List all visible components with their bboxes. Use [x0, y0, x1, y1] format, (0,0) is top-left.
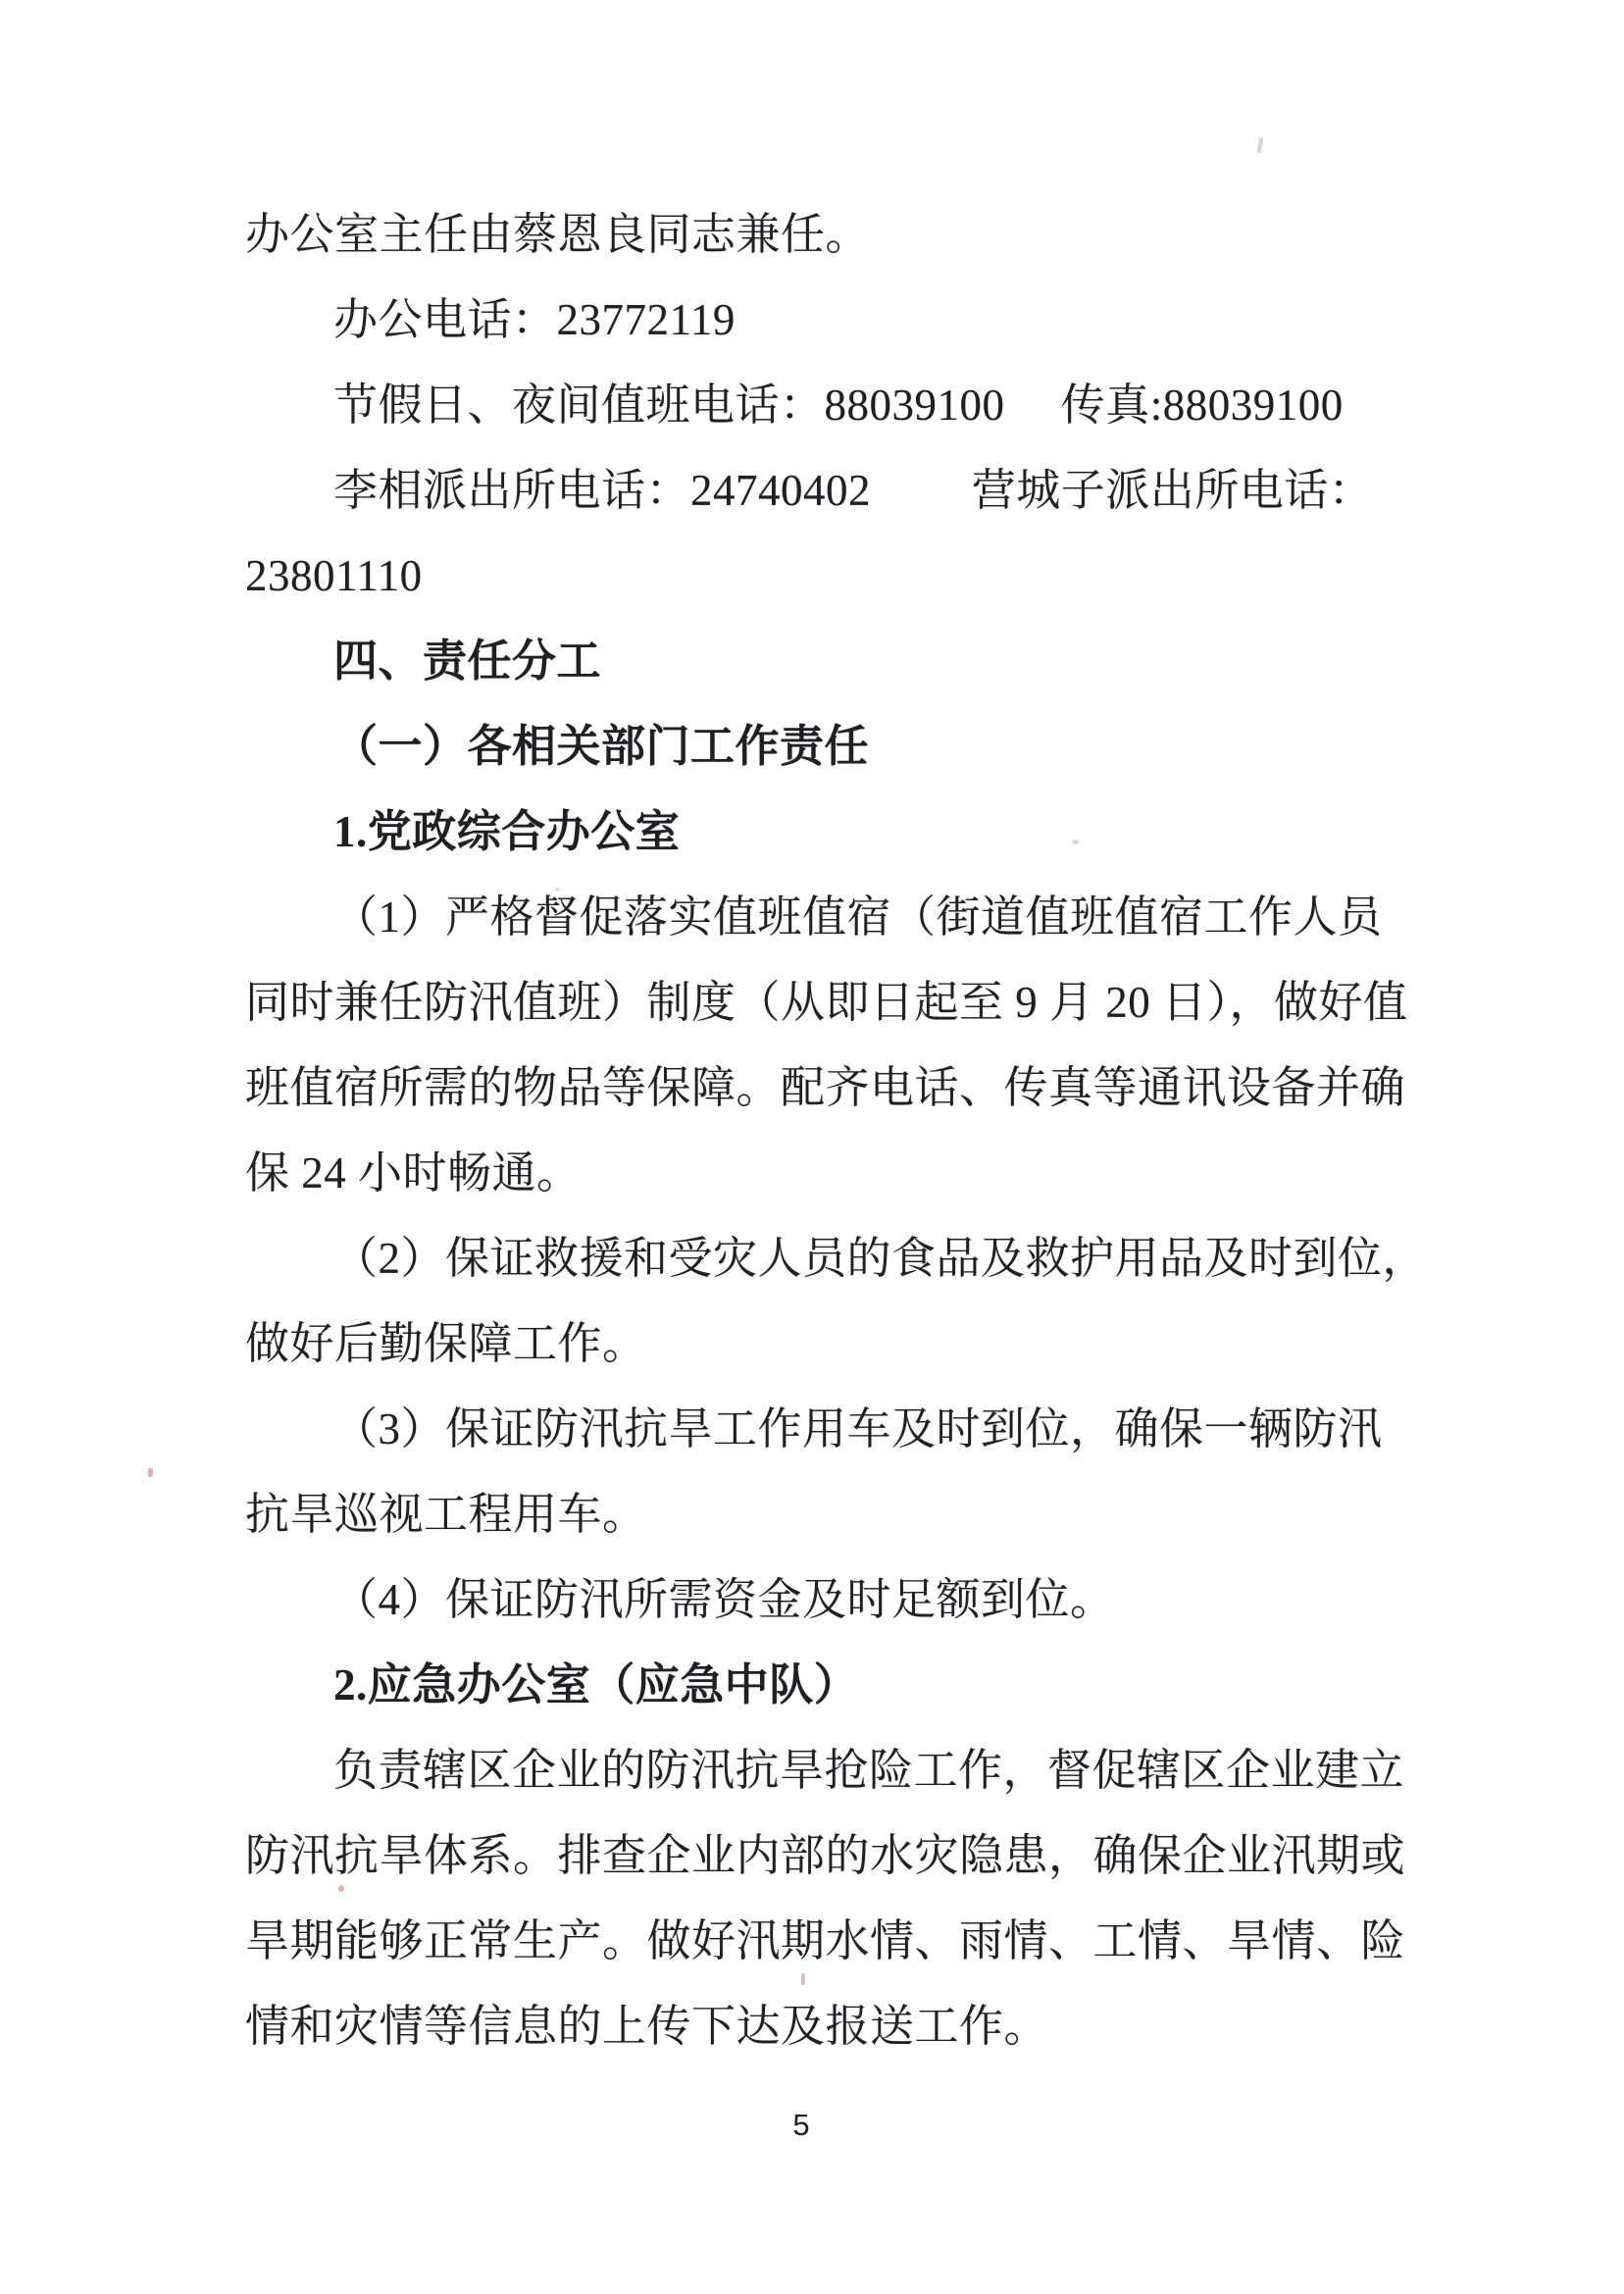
- heading-item-2-emergency-office: 2.应急办公室（应急中队）: [245, 1643, 1422, 1728]
- line-duty-roster-4: 保 24 小时畅通。: [245, 1131, 1422, 1216]
- line-emergency-duty-2: 防汛抗旱体系。排查企业内部的水灾隐患，确保企业汛期或: [245, 1813, 1422, 1899]
- document-body: 办公室主任由蔡恩良同志兼任。 办公电话：23772119 节假日、夜间值班电话：…: [245, 192, 1422, 2069]
- heading-section-4-responsibility: 四、责任分工: [245, 619, 1422, 704]
- line-emergency-duty-1: 负责辖区企业的防汛抗旱抢险工作，督促辖区企业建立: [245, 1728, 1422, 1813]
- line-work-vehicle-2: 抗旱巡视工程用车。: [245, 1472, 1422, 1557]
- line-duty-roster-1: （1）严格督促落实值班值宿（街道值班值宿工作人员: [245, 875, 1422, 960]
- line-office-phone: 办公电话：23772119: [245, 278, 1422, 363]
- line-funding-guarantee: （4）保证防汛所需资金及时足额到位。: [245, 1557, 1422, 1643]
- line-duty-roster-2: 同时兼任防汛值班）制度（从即日起至 9 月 20 日），做好值: [245, 960, 1422, 1045]
- line-work-vehicle-1: （3）保证防汛抗旱工作用车及时到位，确保一辆防汛: [245, 1387, 1422, 1472]
- heading-subsection-department-duties: （一）各相关部门工作责任: [245, 704, 1422, 790]
- line-duty-roster-3: 班值宿所需的物品等保障。配齐电话、传真等通讯设备并确: [245, 1045, 1422, 1131]
- line-emergency-duty-3: 旱期能够正常生产。做好汛期水情、雨情、工情、旱情、险: [245, 1899, 1422, 1984]
- heading-item-1-party-admin-office: 1.党政综合办公室: [245, 790, 1422, 875]
- line-police-station-phones: 李相派出所电话：24740402 营城子派出所电话：: [245, 448, 1422, 534]
- line-holiday-duty-phone-fax: 节假日、夜间值班电话：88039100 传真:88039100: [245, 363, 1422, 448]
- line-office-director: 办公室主任由蔡恩良同志兼任。: [245, 192, 1422, 278]
- scan-artifact-speck: [148, 1468, 153, 1477]
- scanned-document-page: 办公室主任由蔡恩良同志兼任。 办公电话：23772119 节假日、夜间值班电话：…: [0, 0, 1624, 2294]
- line-phone-continuation: 23801110: [245, 534, 1422, 619]
- line-rescue-supplies-2: 做好后勤保障工作。: [245, 1301, 1422, 1387]
- line-emergency-duty-4: 情和灾情等信息的上传下达及报送工作。: [245, 1984, 1422, 2069]
- page-number: 5: [772, 2103, 831, 2147]
- line-rescue-supplies-1: （2）保证救援和受灾人员的食品及救护用品及时到位，: [245, 1216, 1422, 1301]
- scan-artifact-speck: [1256, 137, 1263, 153]
